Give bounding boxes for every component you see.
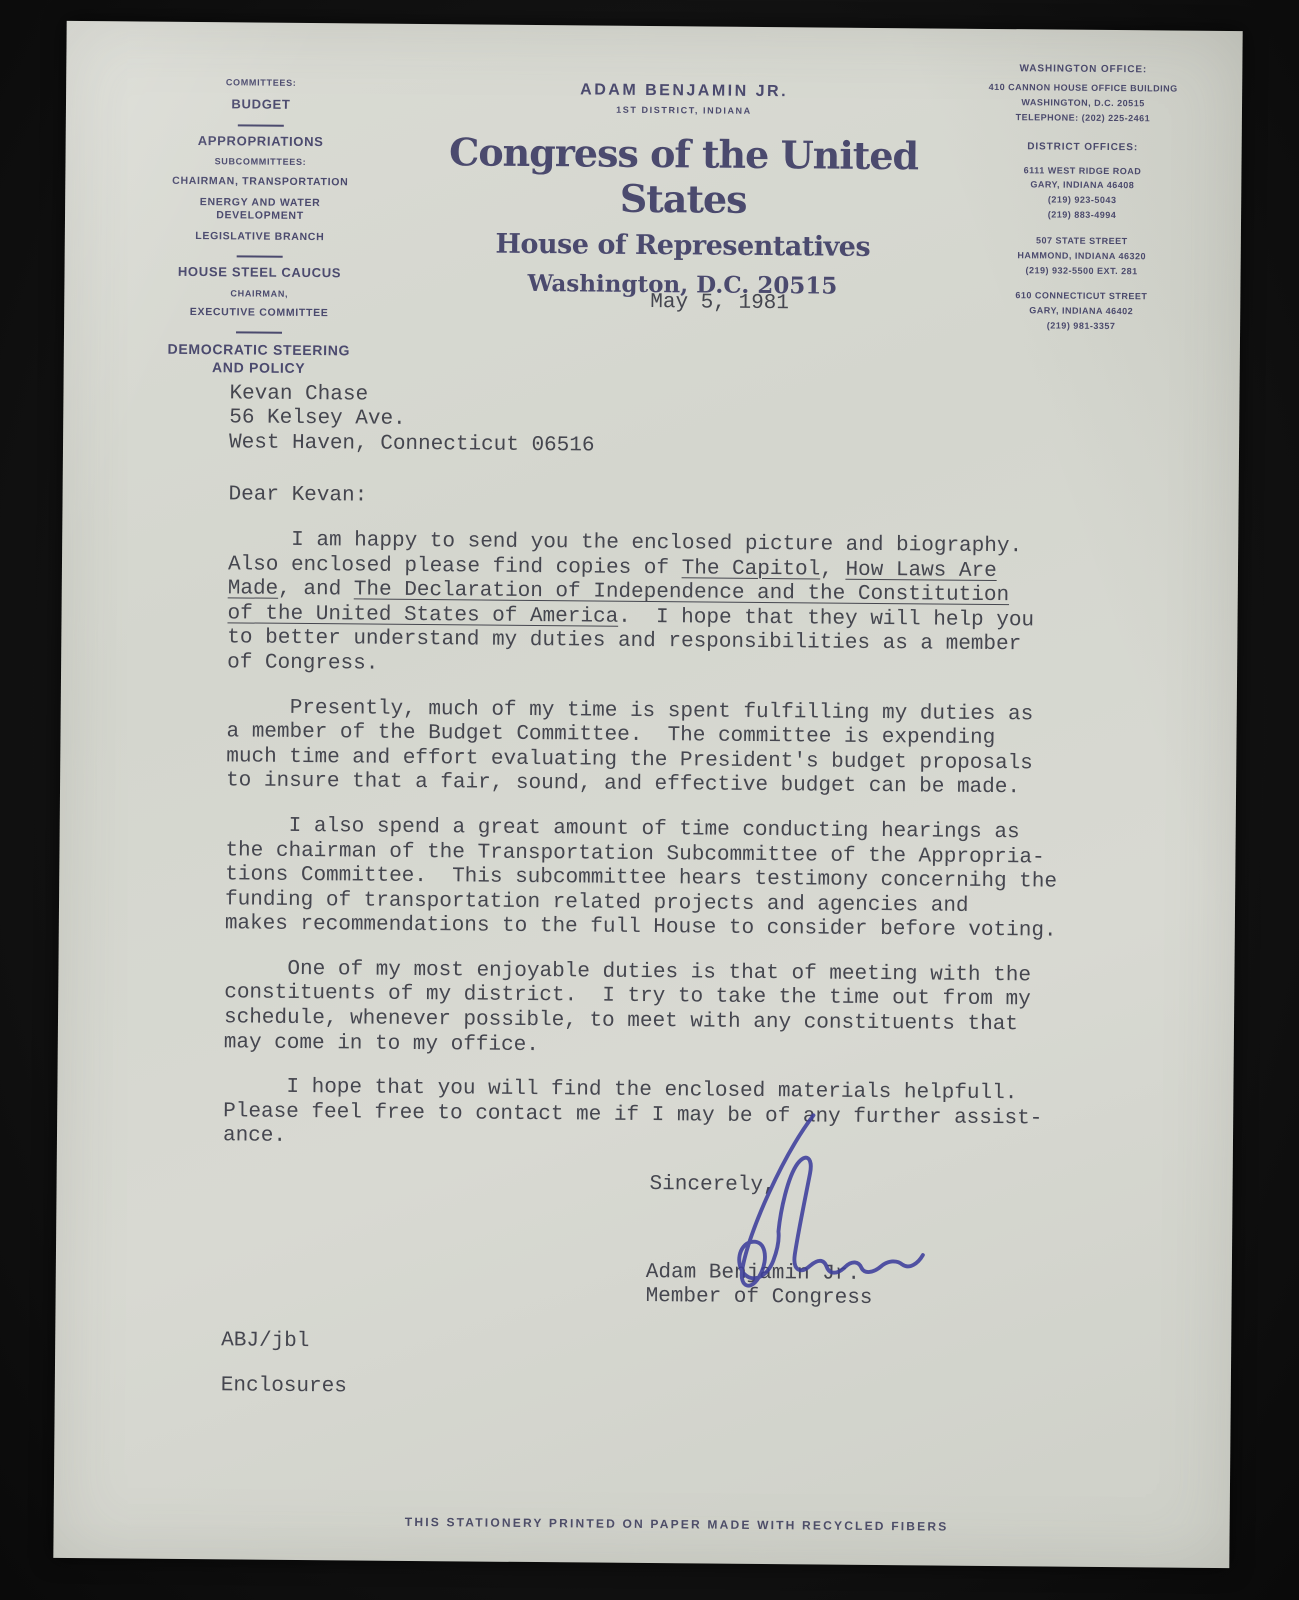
committee-line: BUDGET xyxy=(116,95,406,114)
committee-line: CHAIRMAN, TRANSPORTATION xyxy=(115,174,405,190)
washington-dc-line: Washington, D.C. 20515 xyxy=(419,269,945,301)
enclosures-note: Enclosures xyxy=(221,1375,1191,1408)
house-title: House of Representatives xyxy=(420,228,946,264)
underlined-title: Made xyxy=(228,577,279,600)
letterhead-center: ADAM BENJAMIN JR. 1ST DISTRICT, INDIANA … xyxy=(419,24,948,325)
committee-line: LEGISLATIVE BRANCH xyxy=(115,229,405,245)
congress-title: Congress of the United States xyxy=(420,129,947,224)
committee-line: HOUSE STEEL CAUCUS xyxy=(114,263,404,282)
text-segment: may come in to my office. xyxy=(224,1031,539,1057)
committee-line: ENERGY AND WATER DEVELOPMENT xyxy=(115,195,405,225)
letter-paragraph: Presently, much of my time is spent fulf… xyxy=(226,696,1197,803)
committee-line: DEMOCRATIC STEERING AND POLICY xyxy=(114,339,404,378)
committee-line: APPROPRIATIONS xyxy=(116,132,406,151)
underlined-title: The Capitol xyxy=(682,557,821,581)
committee-line: CHAIRMAN, xyxy=(114,287,404,301)
recipient-block: Kevan Chase56 Kelsey Ave.West Haven, Con… xyxy=(229,382,1200,464)
member-district: 1ST DISTRICT, INDIANA xyxy=(421,103,947,118)
letterhead: COMMITTEES:BUDGETAPPROPRIATIONSSUBCOMMIT… xyxy=(64,21,1243,327)
office-line: (219) 981-3357 xyxy=(930,318,1232,335)
text-segment: Also enclosed please find copies of xyxy=(228,553,682,580)
washington-office-lines: 410 CANNON HOUSE OFFICE BUILDINGWASHINGT… xyxy=(932,79,1234,126)
district-office-groups: 6111 WEST RIDGE ROADGARY, INDIANA 46408(… xyxy=(930,162,1233,335)
underlined-title: How Laws Are xyxy=(845,558,996,582)
committee-line: SUBCOMMITTEES: xyxy=(115,156,405,170)
text-segment: , and xyxy=(278,578,354,602)
letter-paragraph: One of my most enjoyable duties is that … xyxy=(224,957,1195,1064)
office-group: 610 CONNECTICUT STREETGARY, INDIANA 4640… xyxy=(930,288,1232,335)
signer-title: Member of Congress xyxy=(646,1285,1192,1314)
closing-block: Sincerely, Adam Benjamin Jr. Member of C… xyxy=(222,1169,1193,1314)
letter-body: I am happy to send you the enclosed pict… xyxy=(223,528,1198,1158)
footer-note: THIS STATIONERY PRINTED ON PAPER MADE WI… xyxy=(54,1512,1230,1536)
text-segment: , xyxy=(820,558,845,581)
office-line: TELEPHONE: (202) 225-2461 xyxy=(932,109,1234,126)
divider xyxy=(238,124,284,126)
text-segment: of Congress. xyxy=(227,651,378,675)
member-name: ADAM BENJAMIN JR. xyxy=(421,80,947,103)
committee-line: EXECUTIVE COMMITTEE xyxy=(114,306,404,322)
text-segment: . I hope that they will help you xyxy=(618,605,1034,632)
divider xyxy=(236,331,282,333)
office-line: (219) 883-4994 xyxy=(931,207,1233,224)
offices-block: WASHINGTON OFFICE: 410 CANNON HOUSE OFFI… xyxy=(930,28,1243,327)
underlined-title: The Declaration of Independence and the … xyxy=(354,579,1009,608)
letter-paper: COMMITTEES:BUDGETAPPROPRIATIONSSUBCOMMIT… xyxy=(53,21,1242,1568)
typist-initials: ABJ/jbl xyxy=(221,1329,1191,1362)
letter-paragraph: I hope that you will find the enclosed m… xyxy=(223,1076,1194,1158)
office-line: (219) 932-5500 EXT. 281 xyxy=(931,262,1233,279)
divider xyxy=(237,255,283,257)
closing-salutation: Sincerely, xyxy=(222,1169,1192,1202)
letter-paragraph: I also spend a great amount of time cond… xyxy=(225,814,1196,945)
text-segment: ance. xyxy=(223,1125,286,1149)
washington-office-heading: WASHINGTON OFFICE: xyxy=(932,62,1234,76)
letter-content: May 5, 1981 Kevan Chase56 Kelsey Ave.Wes… xyxy=(55,286,1241,1408)
committees-block: COMMITTEES:BUDGETAPPROPRIATIONSSUBCOMMIT… xyxy=(64,21,407,320)
letter-paragraph: I am happy to send you the enclosed pict… xyxy=(227,528,1198,684)
district-offices-heading: DISTRICT OFFICES: xyxy=(932,140,1234,154)
office-group: 6111 WEST RIDGE ROADGARY, INDIANA 46408(… xyxy=(931,162,1234,224)
office-group: 507 STATE STREETHAMMOND, INDIANA 46320(2… xyxy=(931,232,1233,279)
salutation: Dear Kevan: xyxy=(228,484,1198,517)
underlined-title: of the United States of America xyxy=(227,602,618,628)
committee-line: COMMITTEES: xyxy=(116,76,406,90)
